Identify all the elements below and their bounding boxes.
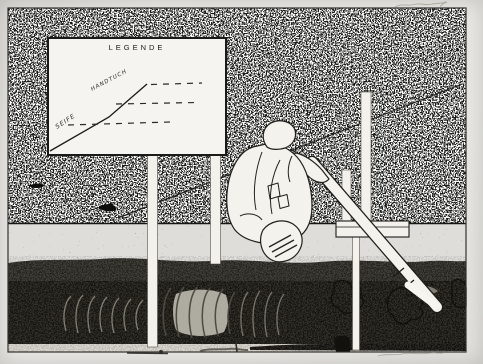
table-leg <box>353 236 360 350</box>
vaulter-head <box>263 121 295 150</box>
foreground-blob <box>334 336 350 352</box>
mat-highlight <box>173 290 228 336</box>
sign-post-left <box>148 155 158 347</box>
art-field: LEGENDE SEIFE HANDTUCH <box>8 8 466 354</box>
vaulter-leg-shoe <box>261 221 303 262</box>
upright-pole-tall <box>361 92 371 224</box>
photo-of-print: LEGENDE SEIFE HANDTUCH <box>0 0 483 364</box>
artwork-print: LEGENDE SEIFE HANDTUCH <box>0 0 483 364</box>
sign-post-right <box>211 155 221 264</box>
pencil-inscription <box>378 353 443 356</box>
legend-sign: LEGENDE SEIFE HANDTUCH <box>48 38 226 155</box>
pencil-signature <box>395 2 447 8</box>
legend-title: LEGENDE <box>109 43 166 52</box>
